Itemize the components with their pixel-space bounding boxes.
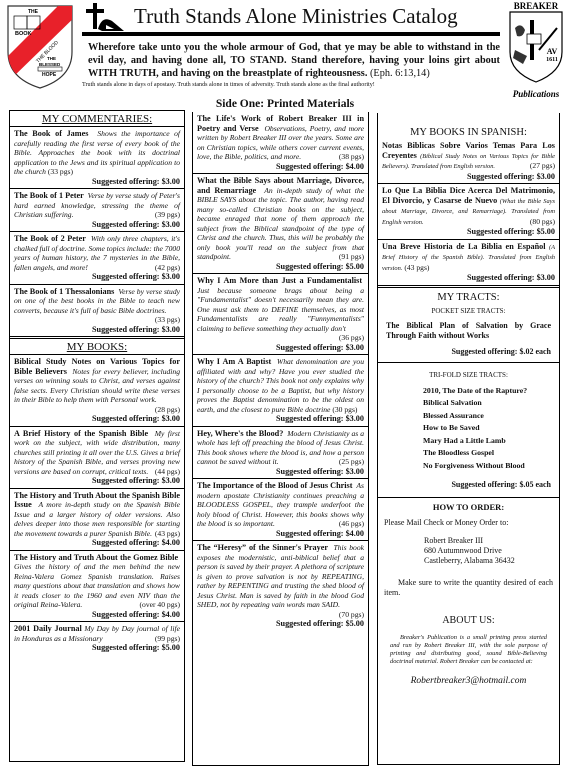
item-offering: Suggested offering: $3.00 [14,177,180,187]
left-column: MY COMMENTARIES: The Book of James Shows… [9,110,185,762]
item-pages: (39 pgs) [155,210,180,220]
item-offering: Suggested offering: $4.00 [197,162,364,172]
item-title: The Importance of the Blood of Jesus Chr… [197,481,352,490]
catalog-title: Truth Stands Alone Ministries Catalog [134,4,458,29]
catalog-item: What the Bible Says about Marriage, Divo… [193,174,368,274]
scripture-verse: Wherefore take unto you the whole armour… [88,41,500,80]
title-rule [82,32,500,36]
the-book-the-blood-shield-logo: THE BOOK THE BLOOD THE BLESSED HOPE [4,2,76,90]
tract-item: Mary Had a Little Lamb [423,435,559,448]
catalog-item: The Book of 1 Peter Verse by verse study… [10,189,184,232]
verse-reference: (Eph. 6:13,14) [370,68,430,79]
verse-text: Wherefore take unto you the whole armour… [88,42,500,79]
item-pages: (44 pgs) [155,467,180,477]
pocket-tracts-heading: POCKET SIZE TRACTS: [378,307,559,315]
item-title: The Book of 2 Peter [14,234,86,243]
item-title: Why I Am A Baptist [197,357,271,366]
catalog-item: The Book of 2 Peter With only three chap… [10,232,184,285]
how-to-order-section: HOW TO ORDER: Please Mail Check or Money… [378,498,559,690]
item-pages: (91 pgs) [339,252,364,262]
svg-text:1611: 1611 [546,57,558,63]
tracts-section: MY TRACTS: POCKET SIZE TRACTS: The Bibli… [378,288,559,363]
catalog-item: 2001 Daily Journal My Day by Day journal… [10,622,184,655]
item-offering: Suggested offering: $4.00 [14,538,180,548]
books-heading: MY BOOKS: [10,339,184,354]
trifold-tracts-heading: TRI-FOLD SIZE TRACTS: [378,371,559,379]
pocket-tract-title: The Biblical Plan of Salvation by Grace … [378,321,559,341]
catalog-item: The History and Truth About the Spanish … [10,489,184,551]
pocket-tract-offering: Suggested offering: $.02 each [378,347,559,356]
item-pages: (38 pgs) [339,152,364,162]
catalog-item: The History and Truth About the Gomez Bi… [10,551,184,623]
ts-cross-monogram-icon [84,3,128,33]
how-to-order-heading: HOW TO ORDER: [384,502,553,512]
item-title: The Book of James [14,129,88,138]
middle-column: The Life's Work of Robert Breaker III in… [192,112,369,766]
item-offering: Suggested offering: $3.00 [14,325,180,335]
svg-text:HOPE: HOPE [42,72,57,78]
item-title: The Book of 1 Thessalonians [14,287,114,296]
catalog-item: Why I Am More than Just a Fundamentalist… [193,274,368,355]
catalog-item: The Book of James Shows the importance o… [10,127,184,189]
item-offering: Suggested offering: $5.00 [197,262,364,272]
svg-text:THE: THE [28,9,39,15]
item-pages: (25 pgs) [339,457,364,467]
svg-text:Publications: Publications [513,89,560,99]
spanish-books-heading: MY BOOKS IN SPANISH: [378,113,559,139]
tract-item: Blessed Assurance [423,410,559,423]
item-pages: (36 pgs) [339,333,364,343]
tract-item: Biblical Salvation [423,397,559,410]
item-pages: (43 pgs) [155,529,180,539]
item-offering: Suggested offering: $3.00 [197,414,364,424]
item-pages: (99 pgs) [155,634,180,644]
svg-text:BOOK: BOOK [15,31,32,37]
right-column: MY BOOKS IN SPANISH: Notas Biblicas Sobr… [377,113,560,765]
item-offering: Suggested offering: $3.00 [382,273,555,283]
catalog-item: The Book of 1 Thessalonians Verse by ver… [10,285,184,340]
catalog-item: Hey, Where's the Blood? Modern Christian… [193,427,368,480]
item-title: The History and Truth About the Gomez Bi… [14,553,178,562]
about-us-text: Breaker's Publication is a small printin… [384,634,553,666]
breaker-publications-logo: BREAKER AV 1611 Publications [505,0,567,100]
item-title: Una Breve Historia de La Biblia en Españ… [382,242,546,251]
catalog-item: Biblical Study Notes on Various Topics f… [10,355,184,427]
catalog-item: A Brief History of the Spanish Bible My … [10,427,184,489]
item-title: 2001 Daily Journal [14,624,82,633]
catalog-item: Why I Am A Baptist What denomination are… [193,355,368,427]
item-pages: (27 pgs) [530,161,555,171]
catalog-item: Una Breve Historia de La Biblia en Españ… [378,240,559,288]
item-pages: (30 pgs) [332,405,357,414]
item-offering: Suggested offering: $5.00 [14,643,180,653]
item-offering: Suggested offering: $3.00 [14,220,180,230]
item-title: The “Heresy” of the Sinner's Prayer [197,543,328,552]
about-us-heading: ABOUT US: [384,616,553,626]
item-offering: Suggested offering: $3.00 [14,476,180,486]
trifold-section: TRI-FOLD SIZE TRACTS: 2010, The Date of … [378,371,559,499]
item-offering: Suggested offering: $5.00 [382,227,555,237]
commentaries-heading: MY COMMENTARIES: [10,111,184,126]
address-name: Robert Breaker III [424,536,553,546]
trifold-tract-offering: Suggested offering: $.05 each [378,480,559,489]
tract-item: How to Be Saved [423,422,559,435]
item-offering: Suggested offering: $4.00 [197,529,364,539]
catalog-item: The Importance of the Blood of Jesus Chr… [193,479,368,541]
tracts-heading: MY TRACTS: [378,288,559,304]
item-pages: (42 pgs) [155,263,180,273]
item-offering: Suggested offering: $3.00 [197,343,364,353]
mailing-address: Robert Breaker III 680 Autumnwood Drive … [384,536,553,566]
item-description: Just because someone brags about being a… [197,286,364,333]
motto: Truth stands alone in days of apostasy. … [82,82,502,88]
contact-email-link[interactable]: Robertbreaker3@hotmail.com [384,676,553,686]
catalog-item: Notas Biblicas Sobre Varios Temas Para L… [378,139,559,184]
item-pages: (43 pgs) [404,263,429,272]
item-pages: (70 pgs) [339,610,364,620]
catalog-item: The Life's Work of Robert Breaker III in… [193,112,368,174]
catalog-item: The “Heresy” of the Sinner's Prayer This… [193,541,368,631]
svg-text:AV: AV [547,47,558,56]
trifold-tract-list: 2010, The Date of the Rapture? Biblical … [378,385,559,473]
address-street: 680 Autumnwood Drive [424,546,553,556]
item-offering: Suggested offering: $4.00 [14,610,180,620]
order-instructions: Please Mail Check or Money Order to: [384,518,553,528]
item-pages: (over 40 pgs) [140,600,181,610]
tract-item: The Bloodless Gospel [423,447,559,460]
item-pages: (33 pgs) [48,167,73,176]
address-city: Castleberry, Alabama 36432 [424,556,553,566]
item-pages: (33 pgs) [155,315,180,325]
tract-item: No Forgiveness Without Blood [423,460,559,473]
catalog-item: Lo Que La Biblia Dice Acerca Del Matrimo… [378,184,559,240]
order-note: Make sure to write the quantity desired … [384,578,553,598]
item-title: A Brief History of the Spanish Bible [14,429,148,438]
item-description: This book exposes the modernistic, anti-… [197,543,364,609]
tract-item: 2010, The Date of the Rapture? [423,385,559,398]
svg-text:BLESSED: BLESSED [39,62,61,67]
item-offering: Suggested offering: $3.00 [14,272,180,282]
item-title: The Book of 1 Peter [14,191,84,200]
svg-text:THE: THE [47,56,56,61]
item-offering: Suggested offering: $5.00 [197,619,364,629]
side-title: Side One: Printed Materials [200,98,370,110]
item-offering: Suggested offering: $3.00 [14,414,180,424]
item-description: An in-depth study of what the BIBLE SAYS… [197,186,364,262]
item-offering: Suggested offering: $3.00 [197,467,364,477]
svg-text:BREAKER: BREAKER [514,1,559,11]
item-pages: (28 pgs) [155,405,180,415]
item-title: Hey, Where's the Blood? [197,429,283,438]
item-offering: Suggested offering: $3.00 [382,172,555,182]
item-pages: (80 pgs) [530,217,555,227]
item-pages: (46 pgs) [339,519,364,529]
item-title: Why I Am More than Just a Fundamentalist [197,276,362,285]
